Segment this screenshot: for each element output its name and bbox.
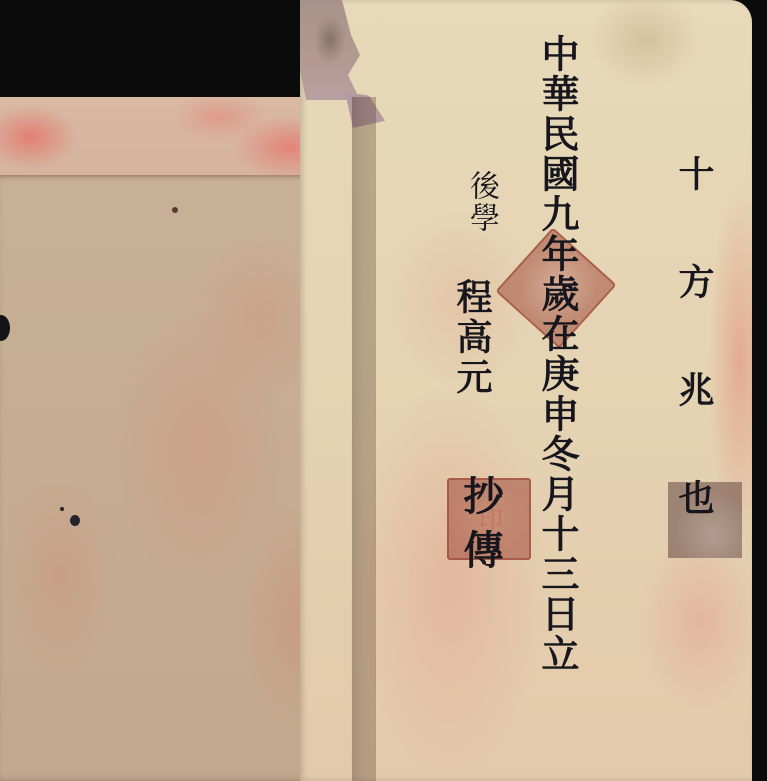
ink-spot <box>172 207 178 213</box>
copier-name: 程高元 <box>454 278 490 398</box>
manuscript-photo: 印 十方兆也 中華民國九年歲在庚申冬月十三日立 後學 程高元 抄傳 folded… <box>0 0 767 781</box>
ink-spot <box>60 507 64 511</box>
copied-transmitted-label: 抄傳 <box>460 475 500 583</box>
ink-spot <box>70 515 80 526</box>
cover-edge-shadow <box>350 97 376 781</box>
title-column: 十方兆也 <box>676 155 712 587</box>
copier-honorific: 後學 <box>466 170 496 234</box>
date-column: 中華民國九年歲在庚申冬月十三日立 <box>538 34 576 674</box>
left-page-description: folded-back cover leaf, blank, red-stain… <box>0 0 1 1</box>
